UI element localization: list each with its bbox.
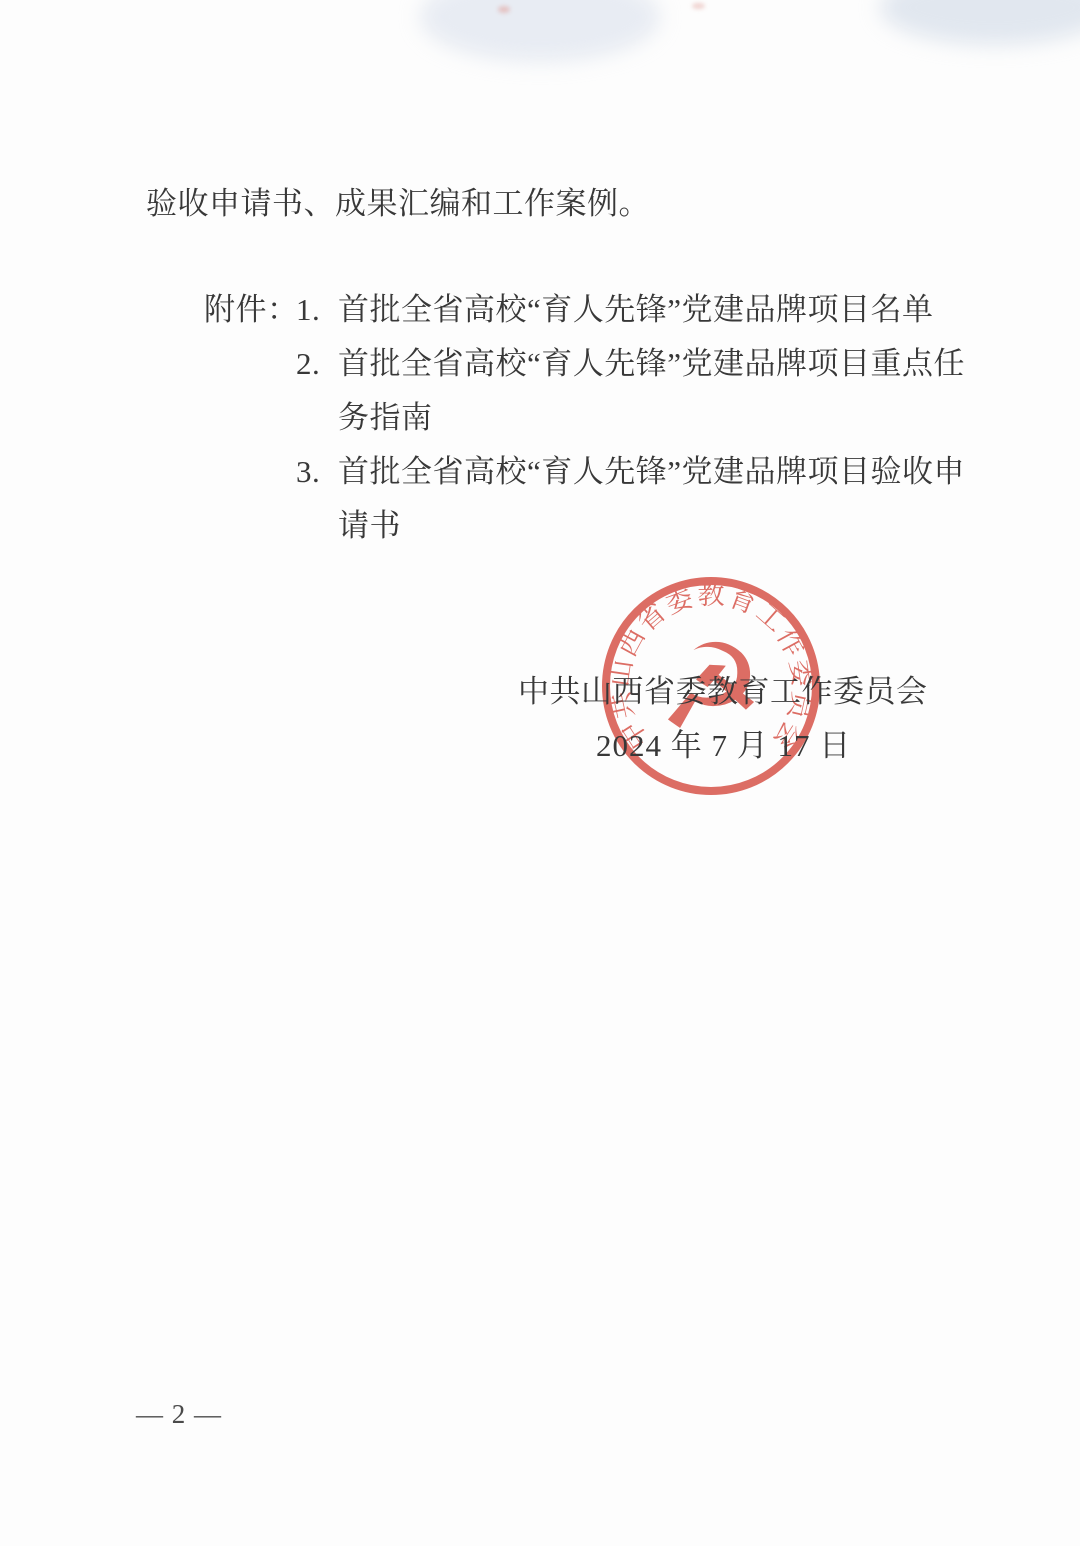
page-number: — 2 — [136, 1394, 222, 1434]
attachment-item-3-text-continued: 请书 [338, 506, 401, 546]
scan-smudge-top-center [420, 0, 660, 62]
attachment-item-2-text-continued: 务指南 [338, 398, 433, 438]
attachment-item-1-text: 首批全省高校“育人先锋”党建品牌项目名单 [338, 290, 934, 330]
attachment-item-1-number: 1. [296, 290, 320, 330]
attachment-label: 附件： [204, 290, 299, 330]
attachment-item-3-text: 首批全省高校“育人先锋”党建品牌项目验收申 [338, 452, 965, 492]
body-paragraph-end: 验收申请书、成果汇编和工作案例。 [146, 184, 650, 224]
attachment-item-3-number: 3. [296, 452, 320, 492]
document-page: 验收申请书、成果汇编和工作案例。 附件： 1. 首批全省高校“育人先锋”党建品牌… [0, 0, 1080, 1546]
signature-date: 2024 年 7 月 17 日 [596, 726, 851, 766]
scan-smudge-top-right [880, 0, 1080, 45]
signature-organization: 中共山西省委教育工作委员会 [518, 672, 928, 712]
scan-red-speck [692, 3, 705, 9]
attachment-item-2-text: 首批全省高校“育人先锋”党建品牌项目重点任 [338, 344, 965, 384]
scan-red-speck [498, 6, 510, 13]
attachment-item-2-number: 2. [296, 344, 320, 384]
